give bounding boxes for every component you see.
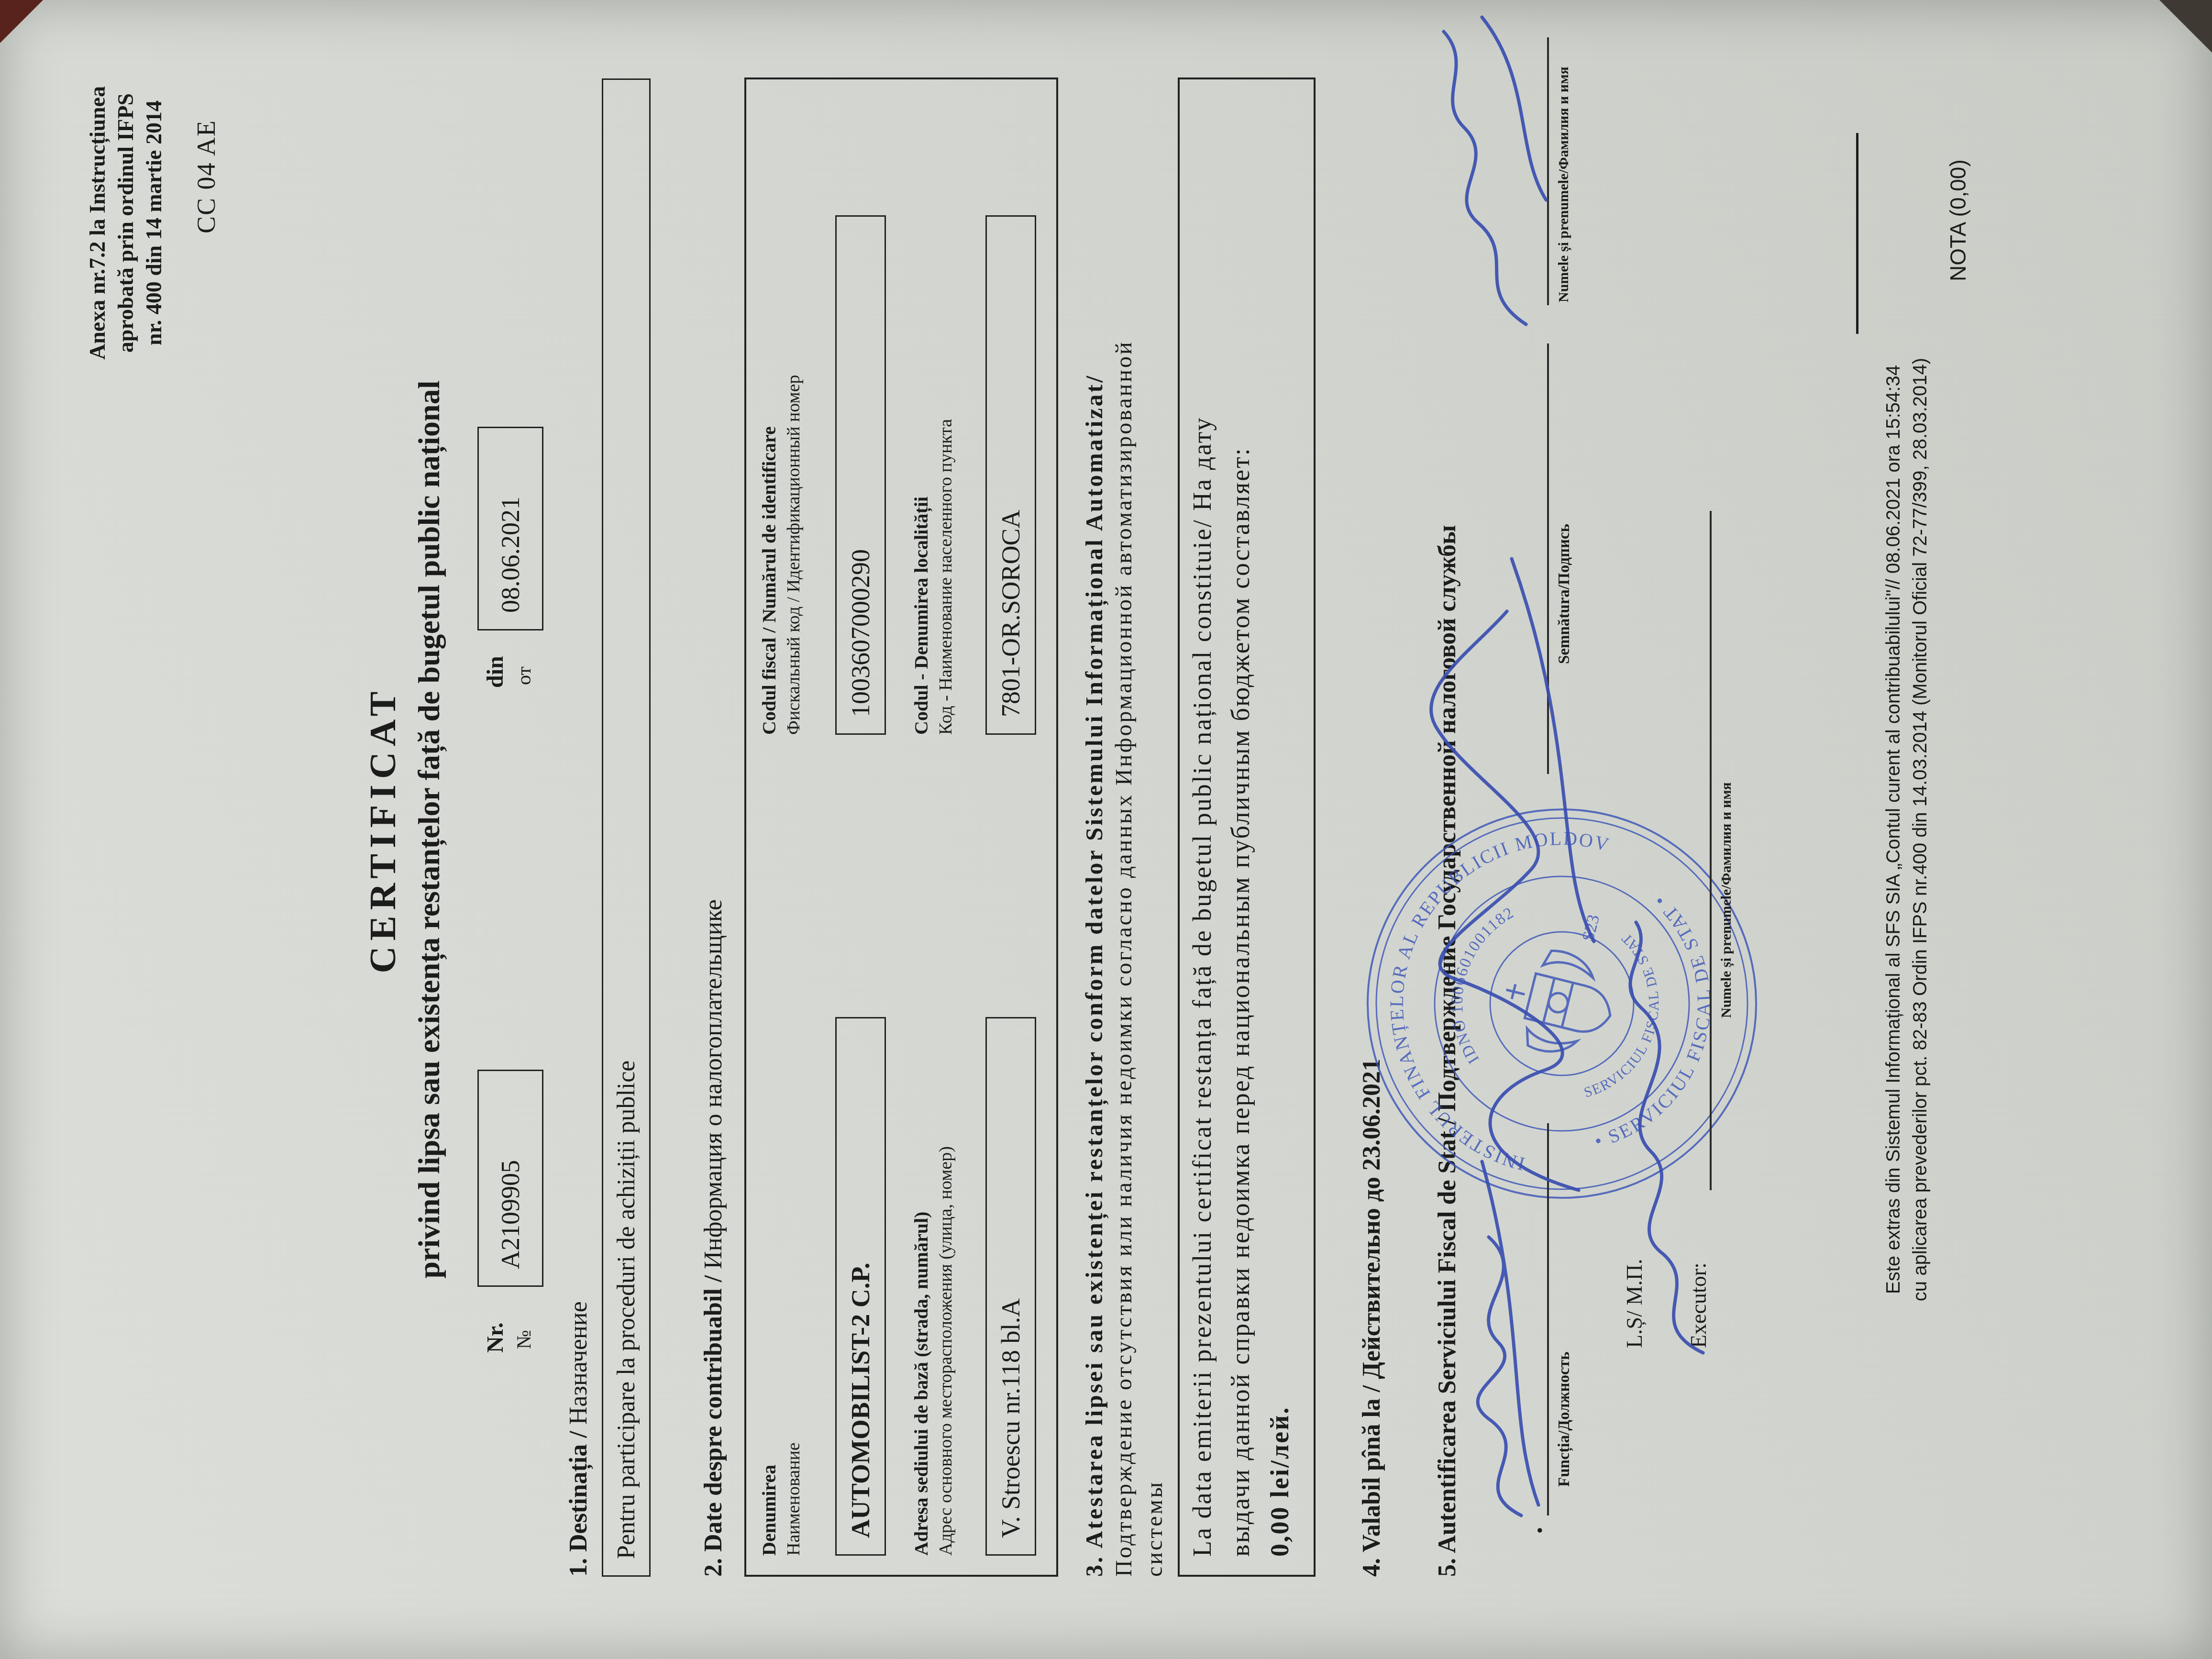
corner-shade-top-right (2159, 0, 2212, 53)
signature-functia-handwriting (1478, 1161, 1538, 1515)
signature-executor-handwriting (1630, 922, 1703, 1353)
footer-rule (1856, 133, 1858, 334)
signature-nume-handwriting (1444, 17, 1546, 324)
footer-line2: cu aplicarea prevederilor pct. 82-83 Ord… (1910, 0, 1931, 1659)
footer-line1: Este extras din Sistemul Informațional a… (1883, 0, 1904, 1659)
corner-shade-top-left (0, 0, 43, 43)
certificate-document: Anexa nr.7.2 la Instrucțiunea aprobată p… (0, 0, 2212, 1659)
signature-semnatura-handwriting (1431, 559, 1594, 1190)
nota-text: NOTA (0,00) (1945, 159, 1971, 281)
photographed-certificate: Anexa nr.7.2 la Instrucțiunea aprobată p… (0, 0, 2212, 1659)
handwriting-layer (0, 0, 2212, 1659)
